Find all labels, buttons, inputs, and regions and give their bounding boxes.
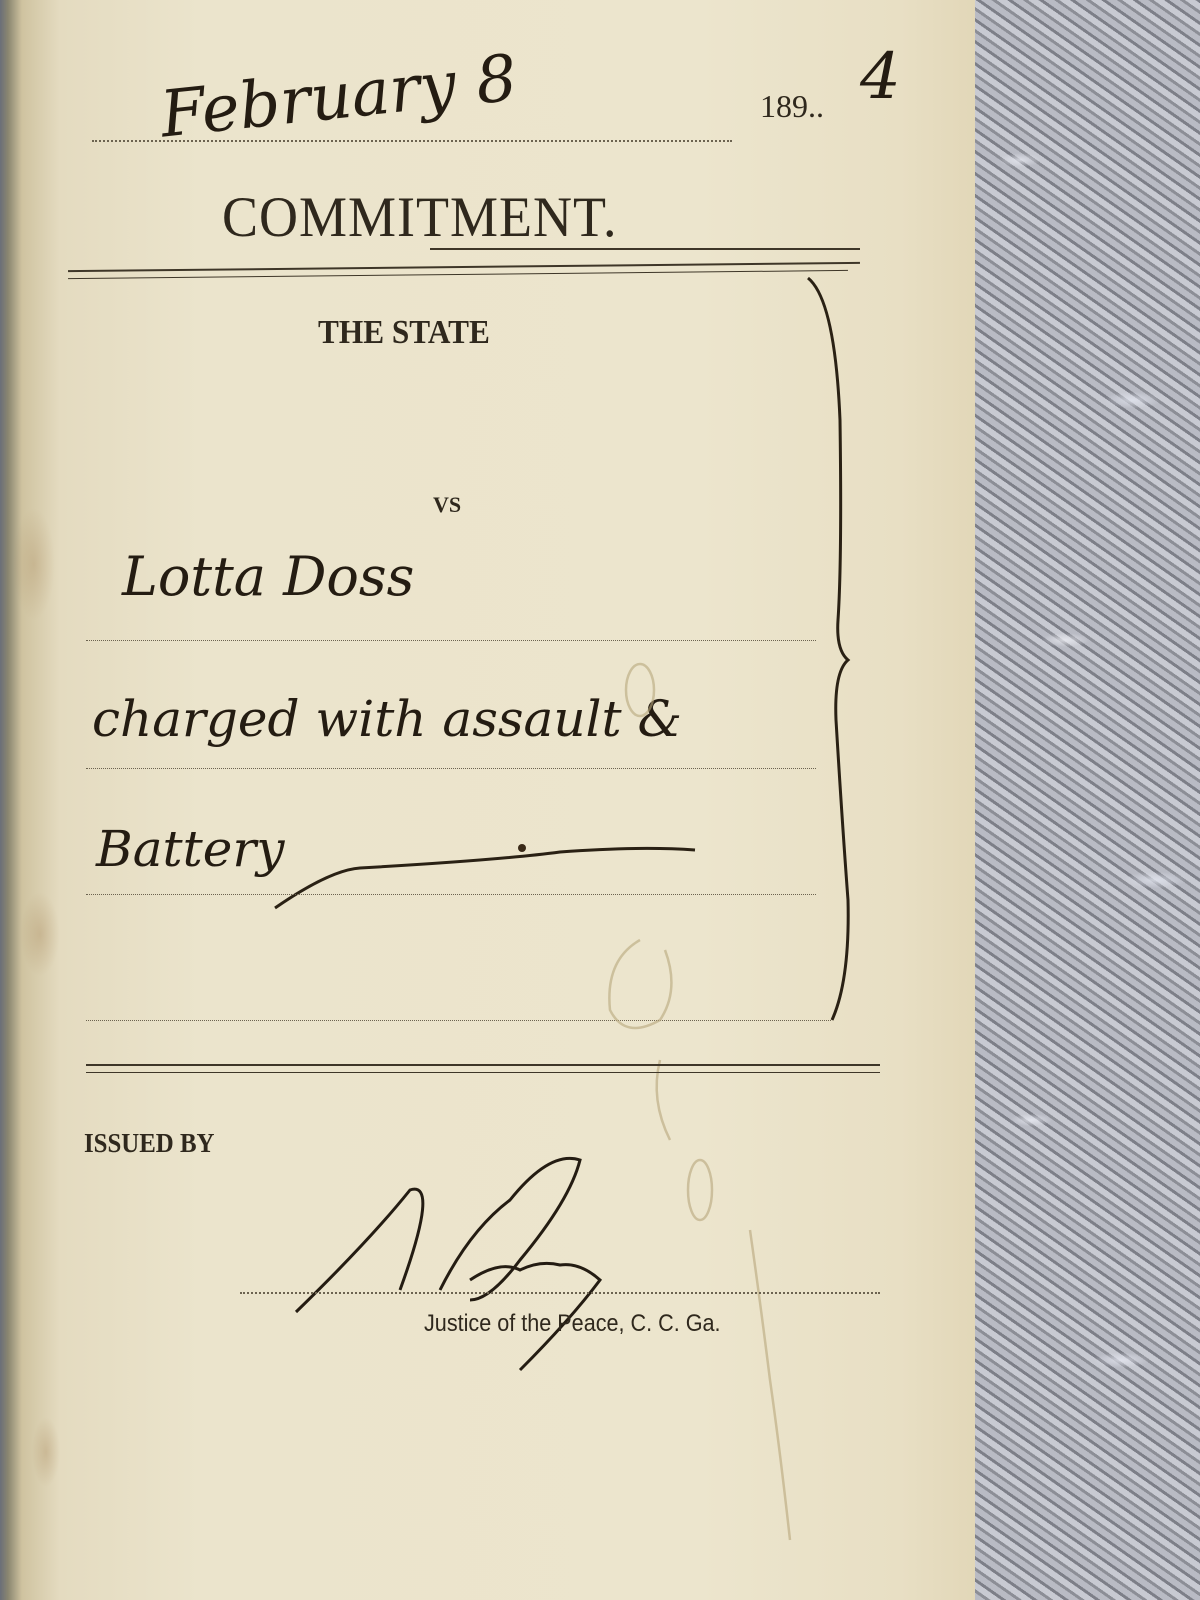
carpet-background — [975, 0, 1200, 1600]
signature-title: Justice of the Peace, C. C. Ga. — [424, 1310, 721, 1338]
justice-signature — [0, 0, 975, 1600]
document-paper: February 8 189.. 4 COMMITMENT. THE STATE… — [0, 0, 975, 1600]
signature-dotted-line — [240, 1292, 880, 1294]
